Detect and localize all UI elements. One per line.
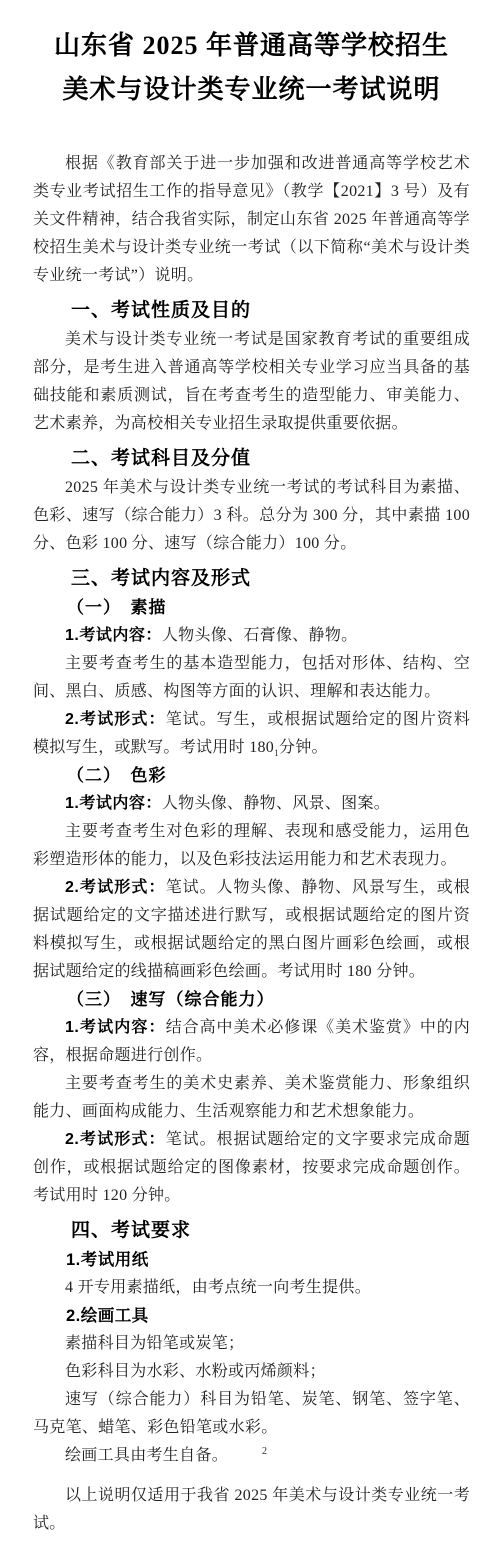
sketch-ability-paragraph: 主要考查考生的基本造型能力，包括对形体、结构、空间、黑白、质感、构图等方面的认识… (33, 650, 470, 706)
title-line-1: 山东省 2025 年普通高等学校招生 (33, 24, 470, 68)
section-2-body: 2025 年美术与设计类专业统一考试的考试科目为素描、色彩、速写（综合能力）3 … (33, 474, 470, 558)
sketch-content-text: 人物头像、石膏像、静物。 (162, 627, 358, 644)
document-page: 山东省 2025 年普通高等学校招生 美术与设计类专业统一考试说明 根据《教育部… (0, 0, 500, 1568)
section-2-heading: 二、考试科目及分值 (33, 444, 470, 474)
document-title: 山东省 2025 年普通高等学校招生 美术与设计类专业统一考试说明 (33, 24, 470, 112)
color-content-label: 1.考试内容： (65, 795, 162, 812)
speed-form-label: 2.考试形式： (65, 1131, 166, 1148)
sketch-content-label: 1.考试内容： (65, 627, 162, 644)
subsection-speed-heading: （三） 速写（综合能力） (33, 986, 470, 1014)
tools-speed-text: 速写（综合能力）科目为铅笔、炭笔、钢笔、签字笔、马克笔、蜡笔、彩色铅笔或水彩。 (33, 1386, 470, 1442)
section-3-heading: 三、考试内容及形式 (33, 564, 470, 594)
title-line-2: 美术与设计类专业统一考试说明 (33, 68, 470, 112)
tools-heading: 2.绘画工具 (33, 1302, 470, 1330)
sketch-form-text-end: 分钟。 (279, 739, 328, 756)
section-4-heading: 四、考试要求 (33, 1216, 470, 1246)
speed-form-paragraph: 2.考试形式：笔试。根据试题给定的文字要求完成命题创作，或根据试题给定的图像素材… (33, 1126, 470, 1210)
section-1-heading: 一、考试性质及目的 (33, 296, 470, 326)
paper-heading: 1.考试用纸 (33, 1246, 470, 1274)
intro-paragraph: 根据《教育部关于进一步加强和改进普通高等学校艺术类专业考试招生工作的指导意见》（… (33, 150, 470, 290)
closing-paragraph: 以上说明仅适用于我省 2025 年美术与设计类专业统一考试。 (33, 1482, 470, 1538)
paper-text: 4 开专用素描纸，由考点统一向考生提供。 (33, 1274, 470, 1302)
tools-color-text: 色彩科目为水彩、水粉或丙烯颜料； (33, 1358, 470, 1386)
tools-self-provide-paragraph: 绘画工具由考生自备。2 (33, 1442, 470, 1470)
section-1-body: 美术与设计类专业统一考试是国家教育考试的重要组成部分，是考生进入普通高等学校相关… (33, 326, 470, 438)
subsection-color-heading: （二） 色彩 (33, 762, 470, 790)
sketch-content-paragraph: 1.考试内容：人物头像、石膏像、静物。 (33, 622, 470, 650)
speed-content-label: 1.考试内容： (65, 1019, 166, 1036)
sketch-form-label: 2.考试形式： (65, 711, 166, 728)
color-form-label: 2.考试形式： (65, 879, 166, 896)
color-content-text: 人物头像、静物、风景、图案。 (162, 795, 390, 812)
tools-self-provide-text: 绘画工具由考生自备。 (65, 1447, 228, 1464)
sketch-form-paragraph: 2.考试形式：笔试。写生，或根据试题给定的图片资料模拟写生，或默写。考试用时 1… (33, 706, 470, 762)
subsection-sketch-heading: （一） 素描 (33, 594, 470, 622)
page-marker-2: 2 (262, 1446, 267, 1457)
color-form-paragraph: 2.考试形式：笔试。人物头像、静物、风景写生，或根据试题给定的文字描述进行默写，… (33, 874, 470, 986)
color-content-paragraph: 1.考试内容：人物头像、静物、风景、图案。 (33, 790, 470, 818)
speed-ability-paragraph: 主要考查考生的美术史素养、美术鉴赏能力、形象组织能力、画面构成能力、生活观察能力… (33, 1070, 470, 1126)
color-ability-paragraph: 主要考查考生对色彩的理解、表现和感受能力，运用色彩塑造形体的能力，以及色彩技法运… (33, 818, 470, 874)
speed-content-paragraph: 1.考试内容：结合高中美术必修课《美术鉴赏》中的内容，根据命题进行创作。 (33, 1014, 470, 1070)
tools-sketch-text: 素描科目为铅笔或炭笔； (33, 1330, 470, 1358)
